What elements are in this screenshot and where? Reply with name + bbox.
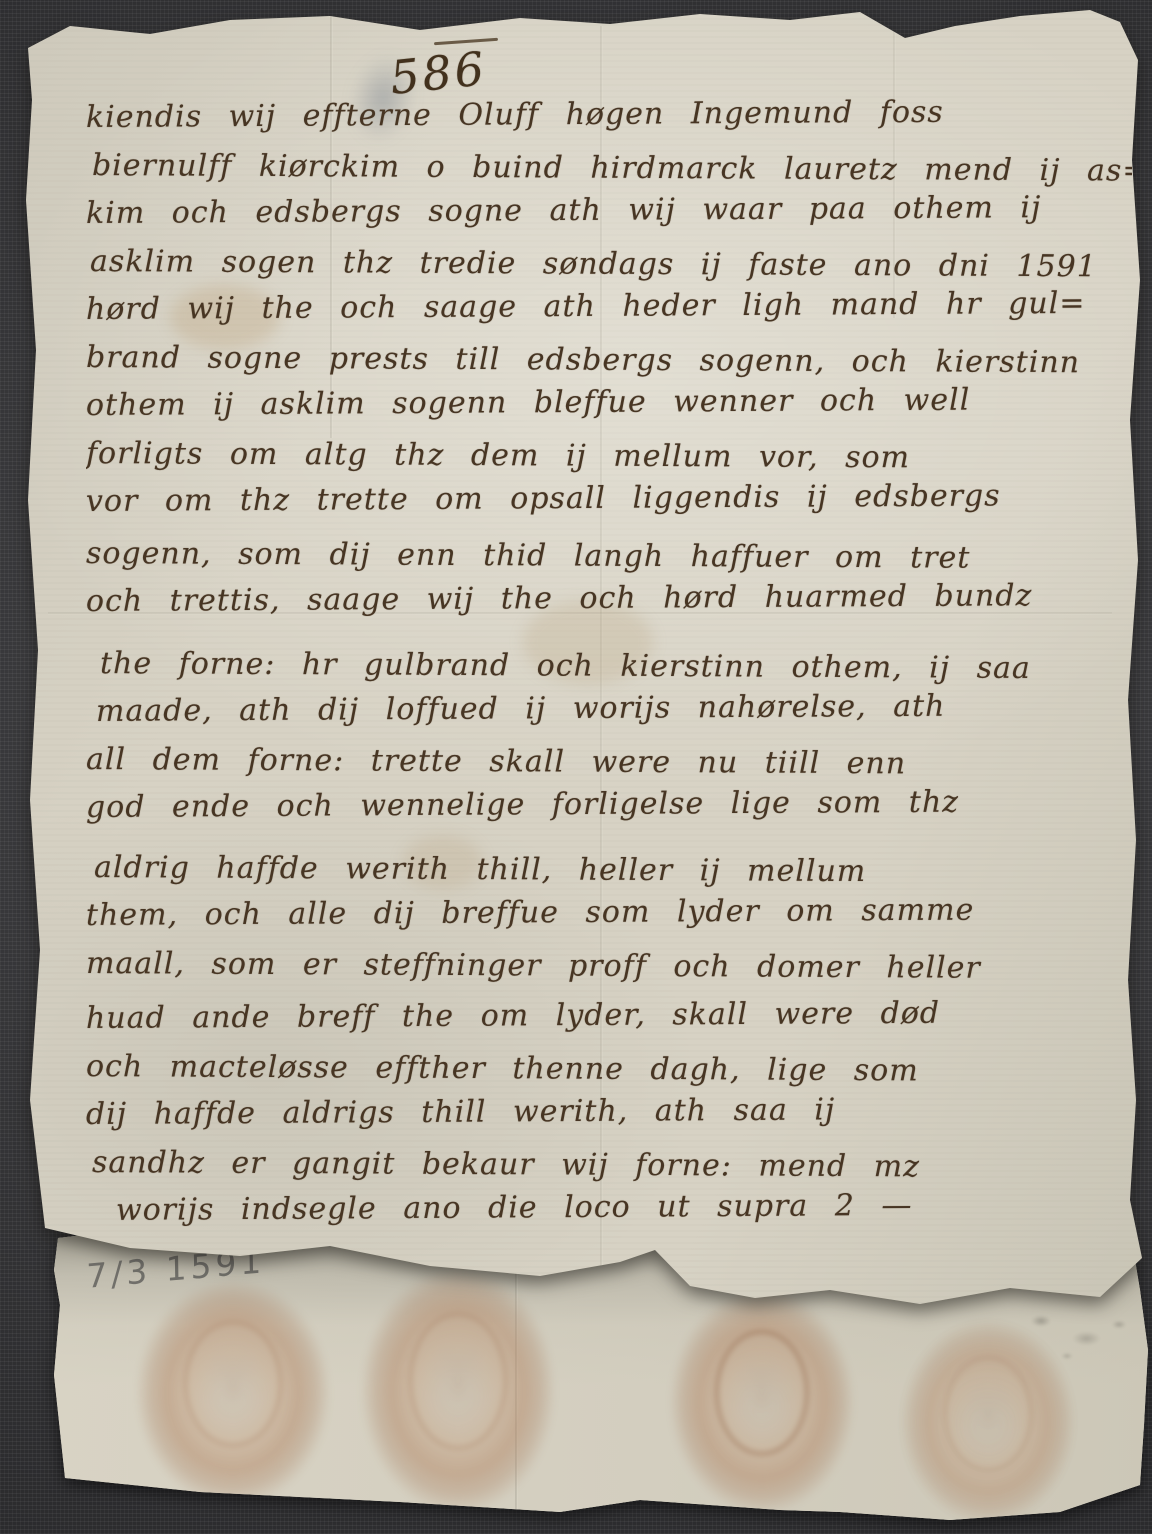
manuscript-line: maade, ath dij loffued ij worijs nahørel… [86,682,1132,736]
manuscript-line: och trettis, saage wij the och hørd huar… [86,572,1132,626]
manuscript-line: hørd wij the och saage ath heder ligh ma… [86,280,1132,334]
manuscript-line: kiendis wij effterne Oluff høgen Ingemun… [86,94,1132,142]
manuscript-line: huad ande breff the om lyder, skall were… [86,989,1132,1043]
manuscript-line: god ende och wennelige forligelse lige s… [86,778,1132,832]
letter-sheet: 586 kiendis wij effterne Oluff høgen Ing… [18,8,1142,1310]
manuscript-line: maall, som er steffninger proff och dome… [86,940,1132,993]
manuscript-line: othem ij asklim sogenn bleffue wenner oc… [86,376,1132,430]
manuscript-text: kiendis wij effterne Oluff høgen Ingemun… [86,94,1132,1266]
manuscript-line: vor om thz trette om opsall liggendis ij… [86,472,1132,526]
scan-background: 7/3 1591 586 kiendis wij effterne Oluff … [0,0,1152,1534]
manuscript-line: dij haffde aldrigs thill werith, ath saa… [86,1085,1132,1139]
manuscript-line: kim och edsbergs sogne ath wij waar paa … [86,184,1132,238]
letter-sheet-shadow-wrap: 586 kiendis wij effterne Oluff høgen Ing… [0,0,1152,1534]
manuscript-line: worijs indsegle ano die loco ut supra 2 … [86,1181,1132,1235]
manuscript-line: them, och alle dij breffue som lyder om … [86,886,1132,940]
